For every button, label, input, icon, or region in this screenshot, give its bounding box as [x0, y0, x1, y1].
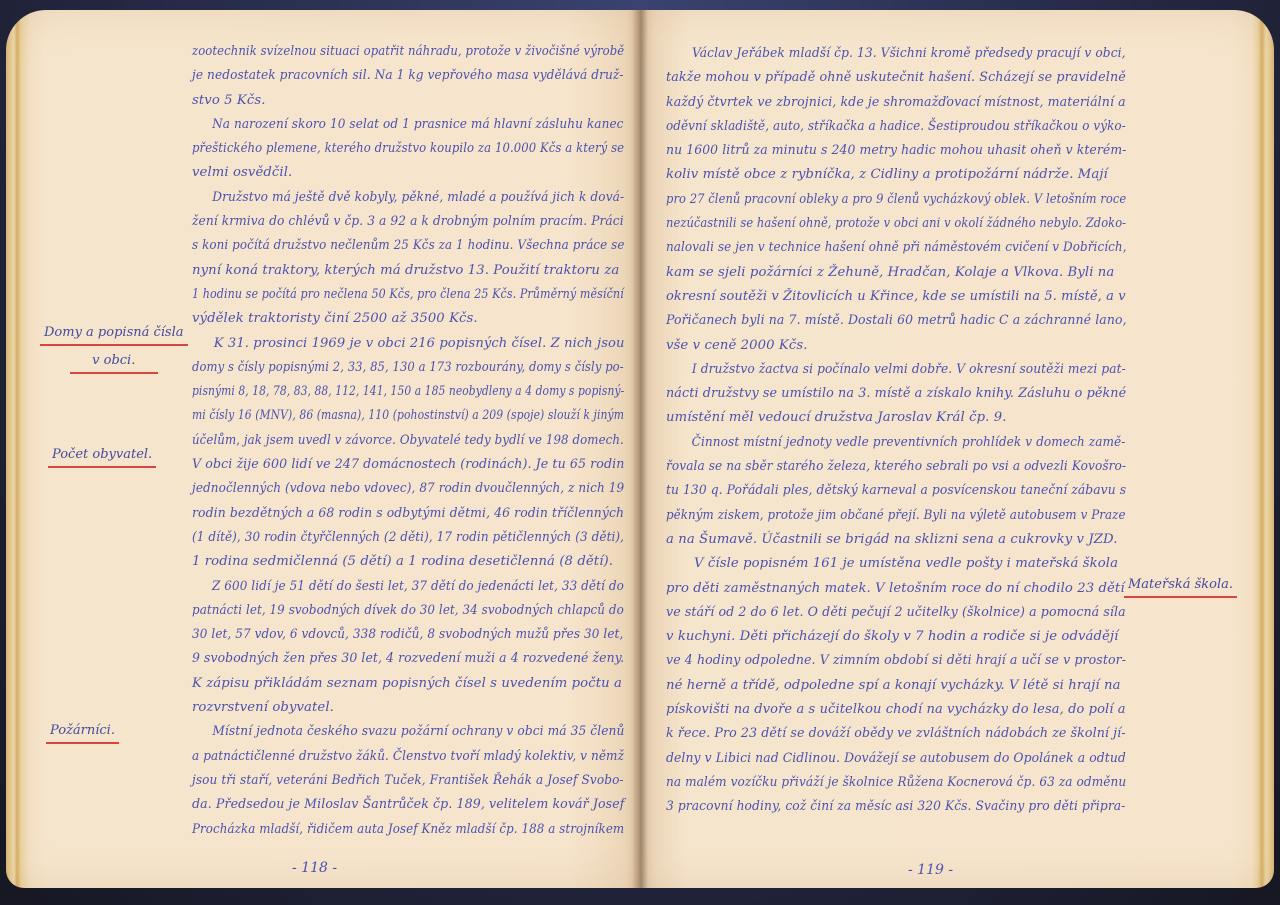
text-line: Družstvo má ještě dvě kobyly, pěkné, mla… [192, 186, 590, 210]
text-line: k řece. Pro 23 dětí se dováží obědy ve z… [666, 722, 1106, 746]
text-line: pěkným ziskem, protože jim občané přejí.… [666, 504, 1079, 528]
text-line: a patnáctičlenné družstvo žáků. Členstvo… [192, 745, 586, 769]
book-gutter [632, 10, 648, 888]
text-line: na malém vozíčku přiváží je školnice Růž… [666, 771, 1087, 795]
margin-note-line: Počet obyvatel. [48, 444, 156, 468]
text-line: V čísle popisném 161 je umístěna vedle p… [666, 552, 1126, 576]
text-line: řovala se na sběr starého železa, kteréh… [666, 455, 1088, 479]
text-line: účelům, jak jsem uvedl v závorce. Obyvat… [192, 429, 578, 453]
text-line: oděvní skladiště, auto, stříkačka a hadi… [666, 115, 1083, 139]
text-line: velmi osvědčil. [192, 161, 624, 185]
text-line: stvo 5 Kčs. [192, 89, 624, 113]
margin-note-population: Počet obyvatel. [48, 444, 156, 472]
text-line: ve 4 hodiny odpoledne. V zimním období s… [666, 649, 1104, 673]
text-line: 9 svobodných žen přes 30 let, 4 rozveden… [192, 647, 599, 671]
text-line: pro 27 členů pracovní obleky a pro 9 čle… [666, 188, 1067, 212]
text-line: Místní jednota českého svazu požární och… [192, 720, 592, 744]
text-line: pisnými 8, 18, 78, 83, 88, 112, 141, 150… [192, 380, 543, 404]
text-line: tu 130 q. Pořádali ples, dětský karneval… [666, 479, 1094, 503]
margin-note-line: v obci. [70, 350, 158, 374]
margin-note-line: Domy a popisná čísla [40, 322, 188, 346]
text-line: každý čtvrtek ve zbrojnici, kde je shrom… [666, 91, 1104, 115]
text-line: s koni počítá družstvo nečlenům 25 Kčs z… [192, 234, 582, 258]
margin-note-line: Požárníci. [46, 720, 119, 744]
text-line: zootechnik svízelnou situaci opatřit náh… [192, 40, 573, 64]
text-line: vše v ceně 2000 Kčs. [666, 334, 1126, 358]
page-number-left: - 118 - [292, 860, 337, 876]
margin-note-firefighters: Požárníci. [46, 720, 119, 748]
text-line: patnácti let, 19 svobodných dívek do 30 … [192, 599, 581, 623]
text-line: přeštického plemene, kterého družstvo ko… [192, 137, 573, 161]
text-line: nácti družstvy se umístilo na 3. místě a… [666, 382, 1110, 406]
text-line: jsou tři staří, veteráni Bedřich Tuček, … [192, 769, 588, 793]
text-line: Procházka mladší, řidičem auta Josef Kně… [192, 818, 580, 842]
text-line: okresní soutěži v Žitovlicích u Křince, … [666, 285, 1119, 309]
text-line: kam se sjeli požárníci z Žehuně, Hradčan… [666, 261, 1126, 285]
text-line: K 31. prosinci 1969 je v obci 216 popisn… [192, 332, 620, 356]
text-line: nyní koná traktory, kterých má družstvo … [192, 259, 624, 283]
text-line: nu 1600 litrů za minutu s 240 metry hadi… [666, 139, 1099, 163]
text-line: Václav Jeřábek mladší čp. 13. Všichni kr… [666, 42, 1092, 66]
text-line: delny v Libici nad Cidlinou. Dovážejí se… [666, 747, 1097, 771]
margin-note-kindergarten: Mateřská škola. [1124, 574, 1237, 602]
margin-note-line: Mateřská škola. [1124, 574, 1237, 598]
text-line: umístění měl vedoucí družstva Jaroslav K… [666, 406, 1126, 430]
text-line: domy s čísly popisnými 2, 33, 85, 130 a … [192, 356, 570, 380]
text-line: ve stáří od 2 do 6 let. O děti pečují 2 … [666, 601, 1105, 625]
left-page-text: zootechnik svízelnou situaci opatřit náh… [192, 40, 624, 842]
text-line: nezúčastnili se hašení ohně, protože v o… [666, 212, 1065, 236]
text-line: da. Předsedou je Miloslav Šantrůček čp. … [192, 793, 604, 817]
text-line: pískovišti na dvoře a s učitelkou chodí … [666, 698, 1120, 722]
text-line: žení krmiva do chlévů v čp. 3 a 92 a k d… [192, 210, 592, 234]
text-line: Na narození skoro 10 selat od 1 prasnice… [192, 113, 587, 137]
text-line: koliv místě obce z rybníčka, z Cidliny a… [666, 163, 1126, 187]
text-line: né herně a třídě, odpoledne spí a konají… [666, 674, 1126, 698]
margin-note-houses: Domy a popisná čísla v obci. [40, 322, 188, 374]
text-line: mi čísly 16 (MNV), 86 (masna), 110 (poho… [192, 404, 545, 428]
text-line: a na Šumavě. Účastnili se brigád na skli… [666, 528, 1126, 552]
text-line: 3 pracovní hodiny, což činí za měsíc asi… [666, 795, 1093, 819]
text-line: Z 600 lidí je 51 dětí do šesti let, 37 d… [192, 575, 584, 599]
text-line: nalovali se jen v technice hašení ohně p… [666, 236, 1083, 260]
text-line: 30 let, 57 vdov, 6 vdovců, 338 rodičů, 8… [192, 623, 586, 647]
text-line: Činnost místní jednoty vedle preventivní… [666, 431, 1087, 455]
text-line: 1 rodina sedmičlenná (5 dětí) a 1 rodina… [192, 550, 624, 574]
text-line: rozvrstvení obyvatel. [192, 696, 624, 720]
text-line: je nedostatek pracovních sil. Na 1 kg ve… [192, 64, 589, 88]
page-number-right: - 119 - [908, 862, 953, 878]
text-line: výdělek traktoristy činí 2500 až 3500 Kč… [192, 307, 624, 331]
text-line: rodin bezdětných a 68 rodin s odbytými d… [192, 502, 599, 526]
right-page-text: Václav Jeřábek mladší čp. 13. Všichni kr… [666, 42, 1126, 820]
text-line: takže mohou v případě ohně uskutečnit ha… [666, 66, 1109, 90]
text-line: (1 dítě), 30 rodin čtyřčlenných (2 děti)… [192, 526, 585, 550]
text-line: pro děti zaměstnaných matek. V letošním … [666, 577, 1126, 601]
text-line: V obci žije 600 lidí ve 247 domácnostech… [192, 453, 604, 477]
text-line: v kuchyni. Děti přicházejí do školy v 7 … [666, 625, 1126, 649]
text-line: 1 hodinu se počítá pro nečlena 50 Kčs, p… [192, 283, 556, 307]
text-line: K zápisu přikládám seznam popisných číse… [192, 672, 624, 696]
text-line: I družstvo žactva si počínalo velmi dobř… [666, 358, 1091, 382]
text-line: jednočlenných (vdova nebo vdovec), 87 ro… [192, 477, 586, 501]
text-line: Pořičanech byli na 7. místě. Dostali 60 … [666, 309, 1102, 333]
